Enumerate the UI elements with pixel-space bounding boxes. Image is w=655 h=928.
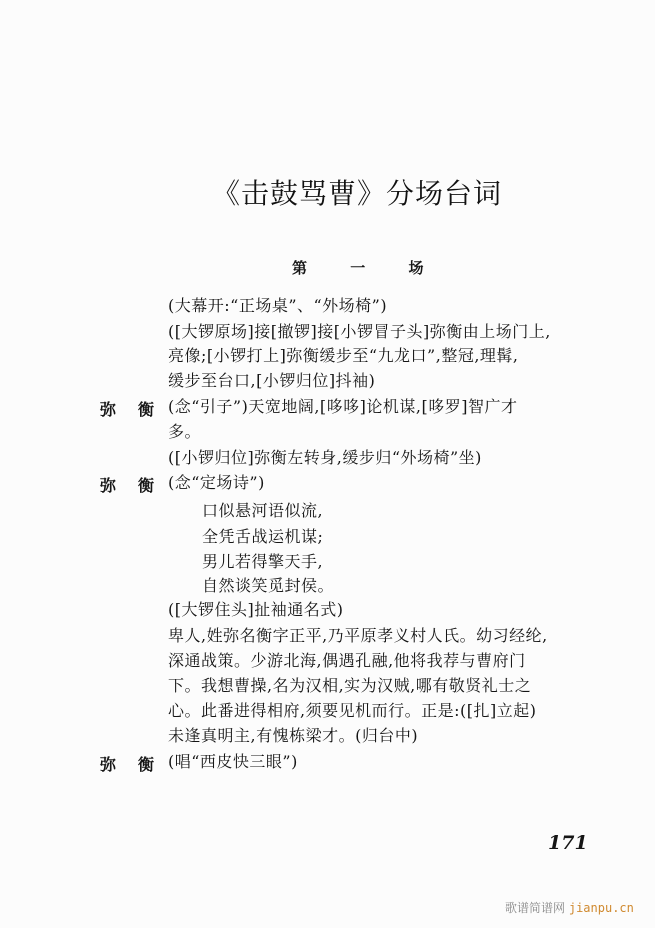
dialogue-line: 未逢真明主,有愧栋梁才。(归台中) bbox=[168, 726, 418, 746]
watermark-site-name: 歌谱简谱网 bbox=[505, 901, 565, 915]
watermark-domain: jianpu.cn bbox=[569, 901, 634, 915]
poem-line: 男儿若得擎天手, bbox=[202, 552, 323, 572]
stage-direction: 亮像;[小锣打上]弥衡缓步至“九龙口”,整冠,理髯, bbox=[168, 346, 519, 366]
poem-line: 全凭舌战运机谋; bbox=[202, 527, 323, 547]
dialogue-line: 卑人,姓弥名衡字正平,乃平原孝义村人氏。幼习经纶, bbox=[168, 626, 548, 646]
stage-direction: 缓步至台口,[小锣归位]抖袖) bbox=[168, 371, 375, 391]
dialogue-line: (念“引子”)天宽地阔,[哆哆]论机谋,[哆罗]智广才 bbox=[168, 397, 518, 417]
poem-line: 自然谈笑觅封侯。 bbox=[202, 576, 334, 596]
dialogue-line: 下。我想曹操,名为汉相,实为汉贼,哪有敬贤礼士之 bbox=[168, 676, 531, 696]
dialogue-line: 心。此番进得相府,须要见机而行。正是:([扎]立起) bbox=[168, 701, 536, 721]
speaker-label: 弥衡 bbox=[100, 473, 176, 496]
stage-direction: (大幕开:“正场桌”、“外场椅”) bbox=[168, 296, 387, 316]
speaker-label: 弥衡 bbox=[100, 752, 176, 775]
poem-line: 口似悬河语似流, bbox=[202, 501, 323, 521]
speaker-label: 弥衡 bbox=[100, 397, 176, 420]
page-number: 171 bbox=[548, 832, 588, 854]
dialogue-line: (念“定场诗”) bbox=[168, 473, 265, 493]
dialogue-line: 多。 bbox=[168, 422, 201, 442]
stage-direction: ([大锣住头]扯袖通名式) bbox=[168, 600, 343, 620]
scene-heading: 第 一 场 bbox=[292, 257, 442, 278]
stage-direction: ([大锣原场]接[撤锣]接[小锣冒子头]弥衡由上场门上, bbox=[168, 322, 551, 342]
watermark: 歌谱简谱网 jianpu.cn bbox=[505, 899, 634, 916]
page-title: 《击鼓骂曹》分场台词 bbox=[212, 172, 502, 212]
dialogue-line: 深通战策。少游北海,偶遇孔融,他将我荐与曹府门 bbox=[168, 651, 526, 671]
stage-direction: ([小锣归位]弥衡左转身,缓步归“外场椅”坐) bbox=[168, 448, 482, 468]
dialogue-line: (唱“西皮快三眼”) bbox=[168, 752, 298, 772]
